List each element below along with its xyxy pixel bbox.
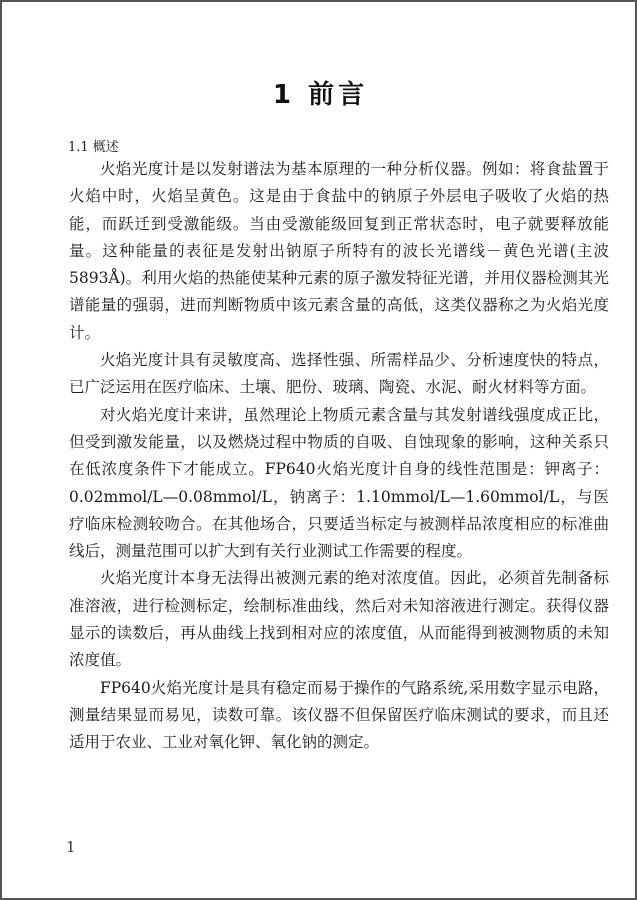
- body-text: 火焰光度计是以发射谱法为基本原理的一种分析仪器。例如：将食盐置于火焰中时，火焰呈…: [69, 156, 609, 757]
- paragraph: 火焰光度计本身无法得出被测元素的绝对浓度值。因此，必须首先制备标准溶液，进行检测…: [69, 565, 609, 674]
- paragraph: 火焰光度计具有灵敏度高、选择性强、所需样品少、分析速度快的特点，已广泛运用在医疗…: [69, 347, 609, 402]
- paragraph: FP640火焰光度计是具有稳定而易于操作的气路系统,采用数字显示电路，测量结果显…: [69, 675, 609, 757]
- paragraph: 对火焰光度计来讲，虽然理论上物质元素含量与其发射谱线强度成正比，但受到激发能量，…: [69, 402, 609, 566]
- paragraph: 火焰光度计是以发射谱法为基本原理的一种分析仪器。例如：将食盐置于火焰中时，火焰呈…: [69, 156, 609, 347]
- section-heading: 1.1 概述: [68, 136, 119, 155]
- document-page: 1 前言 1.1 概述 火焰光度计是以发射谱法为基本原理的一种分析仪器。例如：将…: [0, 0, 637, 900]
- page-number: 1: [66, 838, 76, 856]
- chapter-title: 1 前言: [2, 74, 637, 111]
